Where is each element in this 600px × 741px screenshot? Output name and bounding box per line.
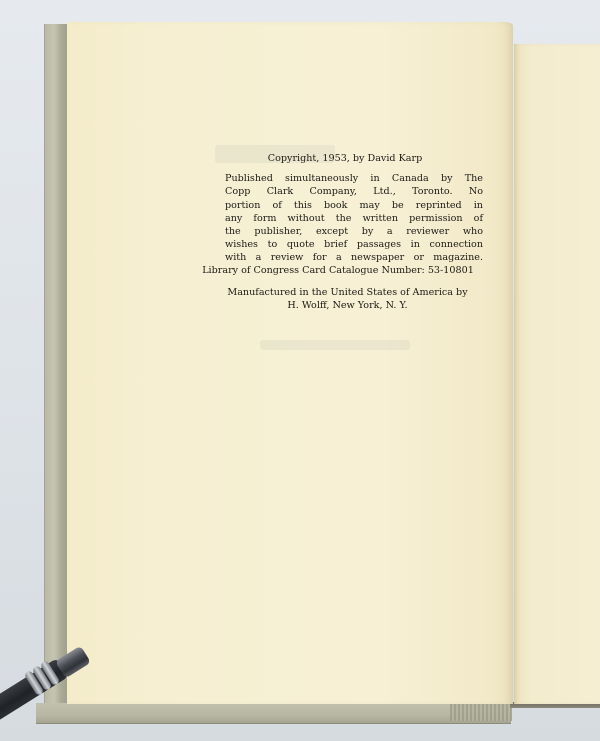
notice-line: any form without the written permission …	[225, 212, 483, 225]
notice-line: with a review for a newspaper or magazin…	[225, 251, 483, 264]
notice-line: portion of this book may be reprinted in	[225, 199, 483, 212]
left-page	[67, 22, 513, 704]
board-cloth-texture	[450, 703, 512, 721]
manufacturer-notice: Manufactured in the United States of Ame…	[210, 286, 485, 312]
book-board-bottom	[36, 703, 511, 724]
catalogue-number: Library of Congress Card Catalogue Numbe…	[192, 264, 484, 277]
right-page	[514, 44, 600, 704]
copyright-line: Copyright, 1953, by David Karp	[225, 152, 465, 165]
notice-line: wishes to quote brief passages in connec…	[225, 238, 483, 251]
notice-line: the publisher, except by a reviewer who	[225, 225, 483, 238]
notice-line: Published simultaneously in Canada by Th…	[225, 172, 483, 185]
manufacturer-line: Manufactured in the United States of Ame…	[210, 286, 485, 299]
manufacturer-line: H. Wolff, New York, N. Y.	[210, 299, 485, 312]
notice-line: Copp Clark Company, Ltd., Toronto. No	[225, 185, 483, 198]
copyright-text-block: Copyright, 1953, by David Karp Published…	[225, 152, 485, 265]
rights-notice: Published simultaneously in Canada by Th…	[225, 172, 483, 264]
show-through-text	[260, 340, 410, 350]
